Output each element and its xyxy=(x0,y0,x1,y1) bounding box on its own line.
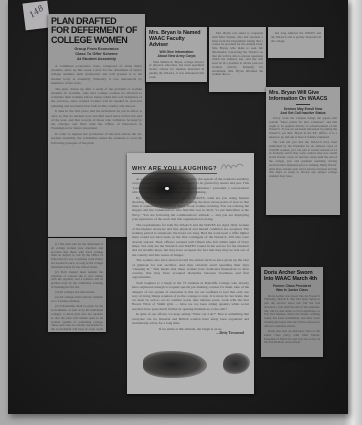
clipping-bryan-named: Mrs. Bryan Is Named WAAC Faculty Adviser… xyxy=(146,27,207,82)
archer-headline: Doris Archer Sworn Into WAAC March 4th xyxy=(264,270,320,282)
bryan-named-body: Miss Minnie R. Bryan, college director o… xyxy=(149,61,204,80)
paragraph: Every week the Campus brings the papers … xyxy=(269,117,337,140)
paragraph: (5) Scholarships shall be given by the G… xyxy=(51,305,103,332)
paragraph: The requirements for both the WAACS and … xyxy=(132,223,249,257)
headline-rule xyxy=(296,104,310,105)
subhead-line: At Student Assembly xyxy=(51,57,142,62)
bryan-named-continuation: Mrs. Bryan was asked to cooperate with M… xyxy=(212,32,263,77)
ink-blot xyxy=(143,351,207,378)
scrapbook-page: 148 PLAN DRAFTED FOR DEFERMENT OF COLLEG… xyxy=(8,0,348,414)
plan-body: A combined economics class, composed of … xyxy=(51,64,142,145)
subhead-line: About New Army Corps xyxy=(149,54,204,58)
ink-blot xyxy=(139,169,197,209)
paragraph: Such laughter is a laugh at the 75 stude… xyxy=(132,281,249,311)
bryan-named-headline: Mrs. Bryan Is Named WAAC Faculty Adviser xyxy=(149,30,204,48)
page-number-text: 148 xyxy=(28,1,50,20)
paragraph: In spite of our efforts, we keep asking … xyxy=(132,312,249,325)
handwritten-annotation xyxy=(219,159,245,173)
archer-subhead: Former Class President Was In Junior Cla… xyxy=(264,284,320,293)
paragraph: (3) All colleges and universities. xyxy=(51,291,103,295)
paragraph: The plan, drawn up after a study of the … xyxy=(51,87,142,108)
paragraph: She will tell you that the WAACS have be… xyxy=(269,141,337,179)
bryan-info-body: Every week the Campus brings the papers … xyxy=(269,117,337,179)
paragraph: The women who have turned toward the arm… xyxy=(132,258,249,279)
scrapbook-photo: 148 PLAN DRAFTED FOR DEFERMENT OF COLLEG… xyxy=(0,0,362,425)
clipping-why-are-you-laughing: WHY ARE YOU LAUGHING? At a recent meetin… xyxy=(127,153,254,394)
headline-line: COLLEGE WOMEN xyxy=(51,36,142,45)
paragraph: has long admired the WAVES and the WAACS… xyxy=(271,32,321,43)
plan-headline: PLAN DRAFTED FOR DEFERMENT OF COLLEGE WO… xyxy=(51,17,142,45)
paragraph: A combined economics class, composed of … xyxy=(51,64,142,85)
plan-subhead: Group From Economics Class To Offer Sche… xyxy=(51,47,142,62)
headline-line: Into WAAC March 4th xyxy=(264,276,320,282)
bryan-named-continuation-end: has long admired the WAVES and the WAACS… xyxy=(271,32,321,43)
paragraph: It asks in the first place that the defe… xyxy=(51,109,142,130)
paragraph: In order to register the provisions of t… xyxy=(51,132,142,145)
plan-continuation-body: (1) The plan asks for the deferment of a… xyxy=(51,243,103,332)
paragraph: (2) Each student must register the sched… xyxy=(51,271,103,290)
subhead-line: Was In Junior Class xyxy=(264,288,320,292)
clipping-plan-deferment-continuation: (1) The plan asks for the deferment of a… xyxy=(48,238,106,332)
paragraph: Mrs. Bryan was asked to cooperate with M… xyxy=(212,32,263,77)
ink-blot xyxy=(223,353,250,374)
paragraph: (1) The plan asks for the deferment of a… xyxy=(51,243,103,269)
bryan-info-headline: Mrs. Bryan Will Give Information On WAAC… xyxy=(269,90,337,102)
clipping-bryan-named-col3: has long admired the WAVES and the WAACS… xyxy=(268,27,324,58)
headline-line: Information On WAACS xyxy=(269,96,337,102)
ink-blot-highlight xyxy=(165,187,169,190)
clipping-doris-archer: Doris Archer Sworn Into WAAC March 4th F… xyxy=(261,267,323,357)
subhead-line: And Get Call Inactive Status xyxy=(269,111,337,115)
paragraph: Miss Minnie R. Bryan, college director o… xyxy=(149,61,204,80)
bryan-info-subhead: Seniors May Enroll Now And Get Call Inac… xyxy=(269,107,337,116)
paragraph: Doris Archer was sworn into the WAACS Th… xyxy=(264,295,320,329)
paragraph: Doris also had an interview, here at the… xyxy=(264,330,320,345)
headline-line: WAAC Faculty Adviser xyxy=(149,36,204,48)
bryan-named-subhead: Will Give Information About New Army Cor… xyxy=(149,50,204,59)
laughing-signature: —Betty Townsend xyxy=(132,331,249,335)
paragraph: (4) All colleges must educate students a… xyxy=(51,296,103,304)
clipping-bryan-named-col2: Mrs. Bryan was asked to cooperate with M… xyxy=(209,27,266,92)
page-number-note: 148 xyxy=(22,1,50,31)
archer-body: Doris Archer was sworn into the WAACS Th… xyxy=(264,295,320,345)
clipping-bryan-information: Mrs. Bryan Will Give Information On WAAC… xyxy=(266,87,340,215)
